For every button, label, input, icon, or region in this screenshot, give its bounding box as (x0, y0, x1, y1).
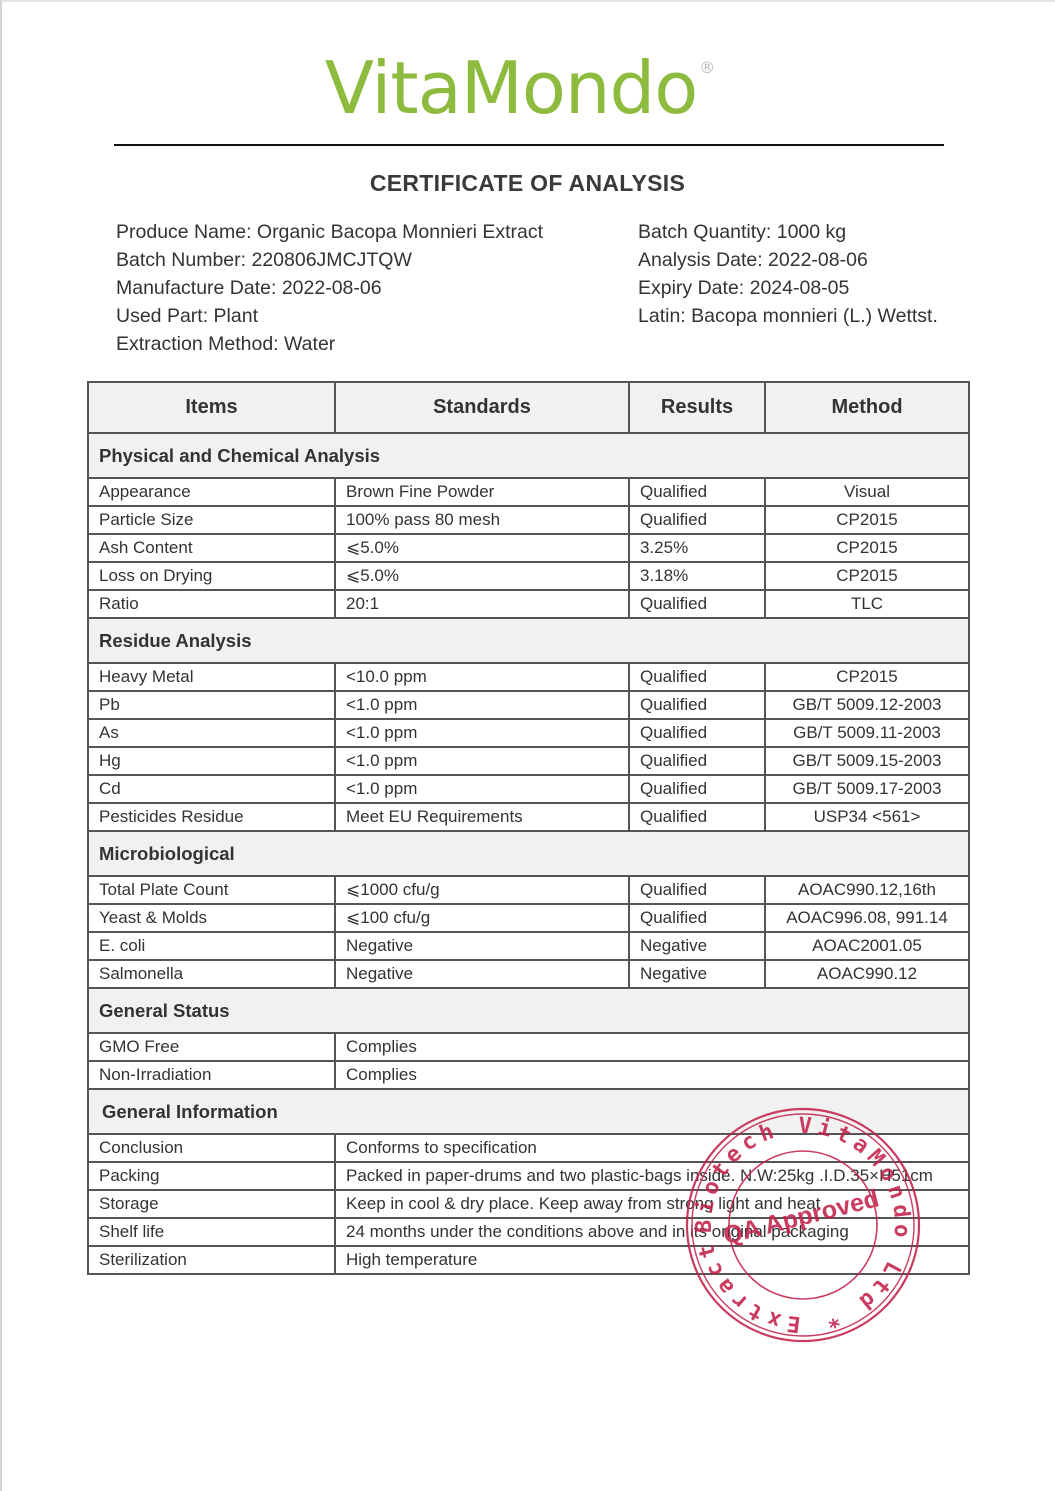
latin-name: Latin: Bacopa monnieri (L.) Wettst. (638, 302, 938, 330)
result-cell: Qualified (629, 506, 765, 534)
table-row: Shelf life24 months under the conditions… (88, 1218, 969, 1246)
standard-cell: ⩽100 cfu/g (335, 904, 629, 932)
method-cell: GB/T 5009.12-2003 (765, 691, 969, 719)
section-title: Microbiological (88, 831, 969, 876)
table-row: E. coliNegativeNegativeAOAC2001.05 (88, 932, 969, 960)
table-row: Hg<1.0 ppmQualifiedGB/T 5009.15-2003 (88, 747, 969, 775)
item-cell: Conclusion (88, 1134, 335, 1162)
value-cell: Complies (335, 1033, 969, 1061)
analysis-date: Analysis Date: 2022-08-06 (638, 246, 938, 274)
method-cell: Visual (765, 478, 969, 506)
used-part: Used Part: Plant (116, 302, 543, 330)
item-cell: GMO Free (88, 1033, 335, 1061)
batch-quantity: Batch Quantity: 1000 kg (638, 218, 938, 246)
section-title: General Information (88, 1089, 969, 1134)
table-row: Heavy Metal<10.0 ppmQualifiedCP2015 (88, 663, 969, 691)
standard-cell: ⩽5.0% (335, 534, 629, 562)
item-cell: Salmonella (88, 960, 335, 988)
value-cell: High temperature (335, 1246, 969, 1274)
item-cell: As (88, 719, 335, 747)
header-results: Results (629, 382, 765, 433)
registered-mark: ® (699, 58, 714, 77)
table-row: AppearanceBrown Fine PowderQualifiedVisu… (88, 478, 969, 506)
method-cell: CP2015 (765, 562, 969, 590)
result-cell: Qualified (629, 663, 765, 691)
standard-cell: Negative (335, 932, 629, 960)
section-row: General Information (88, 1089, 969, 1134)
table-row: Cd<1.0 ppmQualifiedGB/T 5009.17-2003 (88, 775, 969, 803)
item-cell: Non-Irradiation (88, 1061, 335, 1089)
expiry-date: Expiry Date: 2024-08-05 (638, 274, 938, 302)
item-cell: Sterilization (88, 1246, 335, 1274)
section-title: Physical and Chemical Analysis (88, 433, 969, 478)
item-cell: Total Plate Count (88, 876, 335, 904)
item-cell: Particle Size (88, 506, 335, 534)
section-row: Physical and Chemical Analysis (88, 433, 969, 478)
table-row: Ash Content⩽5.0%3.25%CP2015 (88, 534, 969, 562)
method-cell: AOAC996.08, 991.14 (765, 904, 969, 932)
result-cell: Qualified (629, 691, 765, 719)
item-cell: Pb (88, 691, 335, 719)
result-cell: 3.25% (629, 534, 765, 562)
item-cell: Packing (88, 1162, 335, 1190)
standard-cell: <1.0 ppm (335, 691, 629, 719)
item-cell: Yeast & Molds (88, 904, 335, 932)
table-row: SalmonellaNegativeNegativeAOAC990.12 (88, 960, 969, 988)
table-row: Pb<1.0 ppmQualifiedGB/T 5009.12-2003 (88, 691, 969, 719)
method-cell: GB/T 5009.15-2003 (765, 747, 969, 775)
method-cell: GB/T 5009.17-2003 (765, 775, 969, 803)
brand-name: VitaMondo (325, 46, 698, 130)
analysis-table: Items Standards Results Method Physical … (87, 381, 970, 1275)
table-row: Ratio20:1QualifiedTLC (88, 590, 969, 618)
standard-cell: Brown Fine Powder (335, 478, 629, 506)
standard-cell: Meet EU Requirements (335, 803, 629, 831)
table-row: ConclusionConforms to specification (88, 1134, 969, 1162)
value-cell: Packed in paper-drums and two plastic-ba… (335, 1162, 969, 1190)
item-cell: Appearance (88, 478, 335, 506)
header-method: Method (765, 382, 969, 433)
result-cell: Qualified (629, 590, 765, 618)
method-cell: USP34 <561> (765, 803, 969, 831)
result-cell: Qualified (629, 904, 765, 932)
method-cell: CP2015 (765, 534, 969, 562)
item-cell: Cd (88, 775, 335, 803)
batch-number: Batch Number: 220806JMCJTQW (116, 246, 543, 274)
item-cell: Loss on Drying (88, 562, 335, 590)
method-cell: CP2015 (765, 663, 969, 691)
table-row: GMO FreeComplies (88, 1033, 969, 1061)
section-row: Microbiological (88, 831, 969, 876)
table-row: Loss on Drying⩽5.0%3.18%CP2015 (88, 562, 969, 590)
method-cell: AOAC990.12,16th (765, 876, 969, 904)
value-cell: Conforms to specification (335, 1134, 969, 1162)
header-divider (114, 144, 944, 146)
standard-cell: <10.0 ppm (335, 663, 629, 691)
brand-logo: VitaMondo® (0, 52, 1055, 124)
standard-cell: Negative (335, 960, 629, 988)
method-cell: GB/T 5009.11-2003 (765, 719, 969, 747)
table-row: PackingPacked in paper-drums and two pla… (88, 1162, 969, 1190)
table-row: Total Plate Count⩽1000 cfu/gQualifiedAOA… (88, 876, 969, 904)
table-row: Pesticides ResidueMeet EU RequirementsQu… (88, 803, 969, 831)
produce-name: Produce Name: Organic Bacopa Monnieri Ex… (116, 218, 543, 246)
standard-cell: ⩽1000 cfu/g (335, 876, 629, 904)
document-title: CERTIFICATE OF ANALYSIS (0, 170, 1055, 197)
result-cell: Qualified (629, 775, 765, 803)
item-cell: Heavy Metal (88, 663, 335, 691)
standard-cell: ⩽5.0% (335, 562, 629, 590)
table-row: As<1.0 ppmQualifiedGB/T 5009.11-2003 (88, 719, 969, 747)
standard-cell: 20:1 (335, 590, 629, 618)
value-cell: 24 months under the conditions above and… (335, 1218, 969, 1246)
meta-left: Produce Name: Organic Bacopa Monnieri Ex… (116, 218, 543, 358)
result-cell: Qualified (629, 876, 765, 904)
section-row: General Status (88, 988, 969, 1033)
value-cell: Complies (335, 1061, 969, 1089)
result-cell: Negative (629, 960, 765, 988)
manufacture-date: Manufacture Date: 2022-08-06 (116, 274, 543, 302)
result-cell: Qualified (629, 803, 765, 831)
method-cell: AOAC990.12 (765, 960, 969, 988)
item-cell: Ash Content (88, 534, 335, 562)
value-cell: Keep in cool & dry place. Keep away from… (335, 1190, 969, 1218)
item-cell: E. coli (88, 932, 335, 960)
header-standards: Standards (335, 382, 629, 433)
result-cell: Negative (629, 932, 765, 960)
item-cell: Ratio (88, 590, 335, 618)
extraction-method: Extraction Method: Water (116, 330, 543, 358)
method-cell: CP2015 (765, 506, 969, 534)
meta-right: Batch Quantity: 1000 kg Analysis Date: 2… (638, 218, 938, 330)
result-cell: 3.18% (629, 562, 765, 590)
section-title: Residue Analysis (88, 618, 969, 663)
section-title: General Status (88, 988, 969, 1033)
header-items: Items (88, 382, 335, 433)
standard-cell: <1.0 ppm (335, 775, 629, 803)
table-row: SterilizationHigh temperature (88, 1246, 969, 1274)
table-row: Particle Size100% pass 80 meshQualifiedC… (88, 506, 969, 534)
item-cell: Storage (88, 1190, 335, 1218)
section-row: Residue Analysis (88, 618, 969, 663)
method-cell: AOAC2001.05 (765, 932, 969, 960)
table-row: Yeast & Molds⩽100 cfu/gQualifiedAOAC996.… (88, 904, 969, 932)
result-cell: Qualified (629, 747, 765, 775)
item-cell: Shelf life (88, 1218, 335, 1246)
standard-cell: 100% pass 80 mesh (335, 506, 629, 534)
table-body: Physical and Chemical AnalysisAppearance… (88, 433, 969, 1274)
table-header-row: Items Standards Results Method (88, 382, 969, 433)
table-row: StorageKeep in cool & dry place. Keep aw… (88, 1190, 969, 1218)
item-cell: Hg (88, 747, 335, 775)
table-row: Non-IrradiationComplies (88, 1061, 969, 1089)
method-cell: TLC (765, 590, 969, 618)
result-cell: Qualified (629, 719, 765, 747)
result-cell: Qualified (629, 478, 765, 506)
standard-cell: <1.0 ppm (335, 747, 629, 775)
item-cell: Pesticides Residue (88, 803, 335, 831)
standard-cell: <1.0 ppm (335, 719, 629, 747)
